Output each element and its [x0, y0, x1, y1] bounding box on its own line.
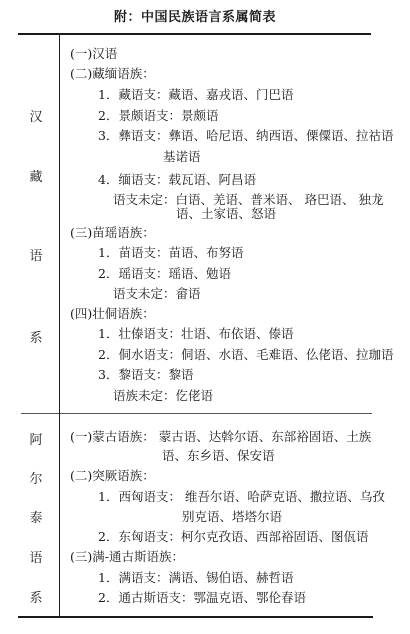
top-rule — [18, 33, 371, 35]
list-item: 1．藏语支：藏语、嘉戎语、门巴语 — [98, 87, 293, 103]
list-item: (三)苗瑶语族： — [70, 225, 155, 241]
list-item: 别克语、塔塔尔语 — [182, 509, 282, 525]
list-item: 1．壮傣语支：壮语、布依语、傣语 — [98, 326, 293, 342]
list-item: 语支未定：畲语 — [113, 286, 201, 302]
list-item: 4．缅语支：载瓦语、阿昌语 — [98, 172, 256, 188]
family-label-char: 系 — [28, 587, 44, 606]
list-item: 2．东匈语支：柯尔克孜语、西部裕固语、图佤语 — [98, 529, 368, 545]
list-item: (二)藏缅语族： — [70, 66, 155, 82]
middle-rule — [21, 413, 372, 414]
family-label-char: 尔 — [28, 468, 44, 487]
list-item: (四)壮侗语族： — [70, 306, 155, 322]
list-item: 语、东乡语、保安语 — [162, 448, 275, 464]
list-item: 2．瑶语支：瑶语、勉语 — [98, 266, 231, 282]
column-divider — [59, 34, 60, 617]
family-label-char: 系 — [28, 327, 44, 346]
list-item: 1．苗语支：苗语、布努语 — [98, 245, 243, 261]
table-title: 附：中国民族语言系属简表 — [0, 6, 390, 25]
family-label-char: 语 — [28, 547, 44, 566]
family-label-char: 泰 — [28, 507, 44, 526]
list-item: 语族未定：仡佬语 — [113, 388, 213, 404]
list-item: 基诺语 — [163, 149, 201, 165]
family-label-char: 语 — [28, 245, 44, 264]
list-item: 2．景颇语支：景颇语 — [98, 108, 218, 124]
list-item: (一)蒙古语族： 蒙古语、达斡尔语、东部裕固语、土族 — [70, 429, 371, 445]
bottom-rule — [18, 616, 373, 618]
family-label-char: 阿 — [28, 429, 44, 448]
list-item: (一)汉语 — [70, 46, 117, 62]
list-item: 2．侗水语支：侗语、水语、毛难语、仫佬语、拉珈语 — [98, 347, 393, 363]
list-item: 1．满语支：满语、锡伯语、赫哲语 — [98, 570, 293, 586]
family-label-char: 藏 — [28, 166, 44, 185]
list-item: 3．彝语支：彝语、哈尼语、纳西语、傈僳语、拉祜语 — [98, 128, 393, 144]
list-item: (二)突厥语族： — [70, 468, 155, 484]
list-item: 1．西匈语支： 维吾尔语、哈萨克语、撒拉语、乌孜 — [98, 489, 385, 505]
list-item: 语、土家语、怒语 — [176, 206, 276, 222]
list-item: 2．通古斯语支：鄂温克语、鄂伦春语 — [98, 590, 306, 606]
list-item: (三)满-通古斯语族： — [70, 549, 184, 565]
list-item: 3．黎语支：黎语 — [98, 367, 193, 383]
family-label-char: 汉 — [28, 106, 44, 125]
